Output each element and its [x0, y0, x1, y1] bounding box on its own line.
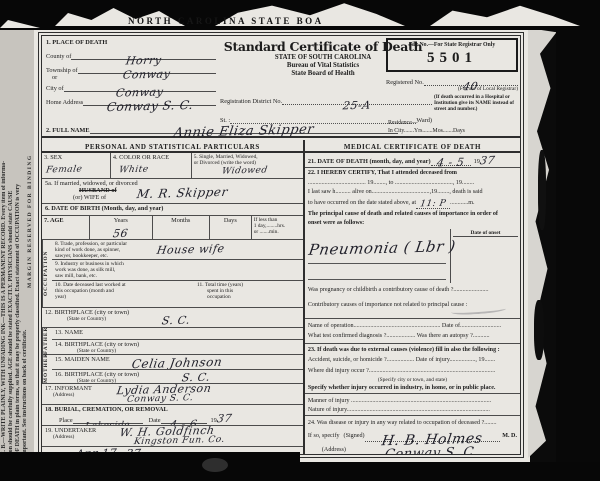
margin-binding-note: MARGIN RESERVED FOR BINDING — [27, 28, 33, 288]
certify-line-2: ...................................... 1… — [308, 179, 517, 189]
row-age: 7. AGE Years 56 Months Days — [42, 216, 303, 240]
scan-tear-blob — [0, 18, 40, 28]
sex-value: Female — [45, 166, 83, 176]
mother-side-label: MOTHER — [42, 355, 52, 383]
medical-section-title: MEDICAL CERTIFICATE OF DEATH — [305, 140, 520, 153]
last-worked-label-3: year) — [55, 294, 197, 300]
form-header: 1. PLACE OF DEATH County of Horry Townsh… — [42, 36, 520, 138]
file-number-value: 5501 — [390, 50, 514, 67]
full-name-label: 2. FULL NAME — [46, 127, 90, 134]
row-pregnancy: Was pregnancy or childbirth a contributo… — [305, 283, 520, 297]
personal-section-title: PERSONAL AND STATISTICAL PARTICULARS — [42, 140, 303, 153]
scan-smudge — [538, 150, 546, 230]
date-of-onset-box: Date of onset — [450, 229, 520, 283]
row-accident: Accident, suicide, or homicide ?........… — [305, 355, 520, 366]
row-trade: 8. Trade, profession, or particular kind… — [52, 240, 303, 260]
row-related: 24. Was disease or injury in any way rel… — [305, 416, 520, 428]
row-father-birthplace: 14. BIRTHPLACE (city or town) (State or … — [52, 340, 303, 354]
certify-line-4a: to have occurred on the date stated abov… — [308, 199, 416, 209]
registrar-block: File No.—For State Registrar Only 5501 R… — [386, 38, 518, 112]
row-undertaker: 19. UNDERTAKER (Address) W. H. Goldfinch… — [42, 426, 303, 447]
row-birthplace: 12. BIRTHPLACE (city or town) (State or … — [42, 308, 303, 328]
dod-year-value: 37 — [479, 155, 496, 166]
burial-date-label: Date — [149, 417, 161, 424]
father-side-label: FATHER — [42, 328, 52, 354]
file-number-box: File No.—For State Registrar Only 5501 — [386, 38, 518, 72]
scan-smudge — [534, 300, 544, 360]
mother-birthplace-label: 16. BIRTHPLACE (city or town) — [55, 371, 300, 378]
race-label: 4. COLOR OR RACE — [113, 154, 189, 161]
place-of-death-label: 1. PLACE OF DEATH — [46, 39, 216, 46]
residence-block: Residence— In City.......Yrs.......Mos..… — [388, 119, 518, 135]
medical-column: MEDICAL CERTIFICATE OF DEATH 21. DATE OF… — [305, 140, 520, 454]
township-value: Conway — [122, 68, 171, 80]
signed-label: (Signed) — [344, 432, 365, 442]
age-less-label-3: or .......min. — [254, 229, 301, 235]
township-label: Township of — [46, 67, 78, 74]
residence-label: Residence— — [388, 119, 518, 127]
principal-line-1: The principal cause of death and related… — [308, 210, 517, 220]
row-spouse: 5a. If married, widowed, or divorced HUS… — [42, 179, 303, 204]
row-father-name: 13. NAME — [52, 328, 303, 340]
date-of-birth-label: 6. DATE OF BIRTH (Month, day, and year) — [45, 205, 300, 212]
row-physician-address: (Address) Conway S. C. — [305, 443, 520, 455]
row-burial: 18. BURIAL, CREMATION, OR REMOVAL Place … — [42, 405, 303, 426]
burial-date-value: 4 - 6 — [169, 419, 198, 426]
margin-note-line: OF DEATH in plain terms, so that it may … — [15, 30, 22, 456]
burial-label: 18. BURIAL, CREMATION, OR REMOVAL — [45, 406, 300, 413]
ifso-label: If so, specify — [308, 432, 340, 442]
row-mother-birthplace: 16. BIRTHPLACE (city or town) (State or … — [52, 370, 303, 384]
burial-place-label: Place — [59, 417, 73, 424]
occupation-side-label: OCCUPATION — [42, 240, 52, 307]
residence-line: In City.......Yrs.......Mos.......Days — [388, 127, 518, 135]
row-date-of-birth: 6. DATE OF BIRTH (Month, day, and year) — [42, 204, 303, 216]
age-years-label: Years — [92, 217, 150, 224]
field-home-address: Home Address Conway S. C. — [46, 95, 216, 106]
scan-black-band-bottom — [0, 462, 600, 481]
cause-of-death-value: Pneumonia ( Lbr ) — [307, 239, 456, 258]
place-of-death-block: 1. PLACE OF DEATH County of Horry Townsh… — [46, 39, 216, 106]
contributory-label: Contributory causes of importance not re… — [308, 302, 468, 308]
local-registrar-note: (For use of Local Registrar) — [386, 86, 518, 92]
hospital-note: (If death occurred in a Hospital or Inst… — [434, 94, 518, 112]
occupation-group: OCCUPATION 8. Trade, profession, or part… — [42, 240, 303, 308]
age-months-label: Months — [155, 217, 207, 224]
undertaker-address-value: Kingston Fun. Co. — [133, 436, 225, 447]
top-stamp-text: NORTH CAROLINA STATE BOA — [128, 16, 324, 26]
home-address-value: Conway S. C. — [105, 99, 193, 113]
registered-no-value: 40 — [463, 81, 480, 92]
row-mother-name: 15. MAIDEN NAME Celia Johnson — [52, 355, 303, 370]
home-address-label: Home Address — [46, 99, 83, 106]
registration-district-value: 25-A — [342, 100, 371, 112]
mother-group: MOTHER 15. MAIDEN NAME Celia Johnson 16.… — [42, 355, 303, 384]
certify-line-4b: ............m. — [450, 199, 475, 209]
field-township: Township of Conway — [46, 63, 216, 74]
principal-cause-intro: The principal cause of death and related… — [305, 210, 520, 229]
county-label: County of — [46, 53, 71, 60]
row-informant: 17. INFORMANT (Address) Lydia Anderson C… — [42, 384, 303, 405]
scan-torn-edge-right — [528, 28, 558, 458]
binding-margin: N. B.—WRITE PLAINLY, WITH UNFADING INK—T… — [0, 28, 34, 458]
full-name-value: Annie Eliza Skipper — [173, 123, 315, 140]
md-label: M. D. — [502, 432, 517, 442]
row-date-of-death: 21. DATE OF DEATH (month, day, and year)… — [305, 153, 520, 168]
age-days-label: Days — [212, 217, 249, 224]
registered-no-label: Registered No. — [386, 79, 424, 86]
scan-black-band-right — [556, 0, 600, 481]
field-city: City of Conway — [46, 81, 216, 92]
row-contributory: Contributory causes of importance not re… — [305, 297, 520, 319]
row-test: What test confirmed diagnosis ?.........… — [305, 331, 520, 344]
row-operation: Name of operation.......................… — [305, 319, 520, 331]
margin-note-line: N. B.—WRITE PLAINLY, WITH UNFADING INK—T… — [1, 30, 8, 456]
field-county: County of Horry — [46, 49, 216, 60]
field-registered-no: Registered No. 40 — [386, 75, 518, 86]
cause-of-death-area: Date of onset Pneumonia ( Lbr ) — [305, 229, 520, 283]
date-of-death-value: 4 - 5 — [436, 157, 465, 168]
row-sex-race-marital: 3. SEX Female 4. COLOR OR RACE White 5. … — [42, 153, 303, 179]
father-birthplace-label: 14. BIRTHPLACE (city or town) — [55, 341, 300, 348]
row-last-worked: 10. Date deceased last worked at this oc… — [52, 281, 303, 307]
row-where: Where did injury occur ?................… — [305, 366, 520, 375]
file-number-label: File No.—For State Registrar Only — [390, 42, 514, 48]
scan-bottom-blob — [202, 458, 228, 472]
row-signed: If so, specify (Signed) H. B. Holmes M. … — [305, 428, 520, 443]
race-value: White — [118, 166, 149, 176]
scan-black-band-top: NORTH CAROLINA STATE BOA — [0, 0, 600, 30]
certify-block: 22. I HEREBY CERTIFY, That I attended de… — [305, 168, 520, 210]
sex-label: 3. SEX — [44, 154, 108, 161]
trade-value: House wife — [156, 243, 225, 256]
burial-year-value: 37 — [216, 413, 233, 424]
informant-address-value: Conway S. C. — [126, 394, 194, 405]
cause-writing-line — [308, 263, 446, 264]
row-external: 23. If death was due to external causes … — [305, 344, 520, 355]
date-of-onset-label: Date of onset — [453, 230, 518, 237]
certify-line-1: 22. I HEREBY CERTIFY, That I attended de… — [308, 169, 517, 179]
mother-birthplace-value: S. C. — [181, 371, 211, 383]
scan-tear-blob — [430, 4, 580, 26]
date-of-death-label: 21. DATE OF DEATH (month, day, and year) — [308, 157, 431, 167]
certify-line-3: I last saw h.......... alive on.........… — [308, 188, 517, 198]
field-full-name: 2. FULL NAME Annie Eliza Skipper — [46, 120, 398, 134]
age-years-value: 56 — [112, 228, 129, 239]
physician-address-value: Conway S. C. — [384, 445, 479, 454]
row-manner: Manner of injury .......................… — [305, 394, 520, 405]
time-of-death-value: 11: P — [419, 199, 446, 208]
marital-value: Widowed — [221, 166, 268, 176]
father-name-label: 13. NAME — [55, 329, 300, 336]
row-industry: 9. Industry or business in which work wa… — [52, 260, 303, 282]
father-birthplace-sub: (State or Country) — [77, 348, 300, 354]
row-specify: Specify whether injury occurred in indus… — [305, 383, 520, 394]
row-specify-city: (Specify city or town, and state) — [305, 375, 520, 383]
age-label: 7. AGE — [44, 217, 87, 224]
spouse-value: M. R. Skipper — [136, 186, 229, 200]
industry-label-3: saw mill, bank, etc. — [55, 273, 300, 279]
birthplace-value: S. C. — [161, 315, 191, 327]
city-label: City of — [46, 85, 64, 92]
margin-note-line: tion should be carefully supplied. AGE s… — [8, 30, 15, 456]
personal-column: PERSONAL AND STATISTICAL PARTICULARS 3. … — [42, 140, 305, 454]
registration-district-label: Registration District No. — [220, 98, 282, 105]
total-time-label-3: occupation — [207, 294, 300, 300]
certificate-paper: 1. PLACE OF DEATH County of Horry Townsh… — [34, 26, 530, 462]
principal-line-2: onset were as follows: — [308, 219, 517, 229]
certificate-form: 1. PLACE OF DEATH County of Horry Townsh… — [41, 35, 521, 455]
row-nature: Nature of injury........................… — [305, 405, 520, 416]
mother-name-value: Celia Johnson — [131, 356, 223, 370]
father-group: FATHER 13. NAME 14. BIRTHPLACE (city or … — [42, 328, 303, 355]
cause-writing-line-2 — [308, 279, 446, 280]
